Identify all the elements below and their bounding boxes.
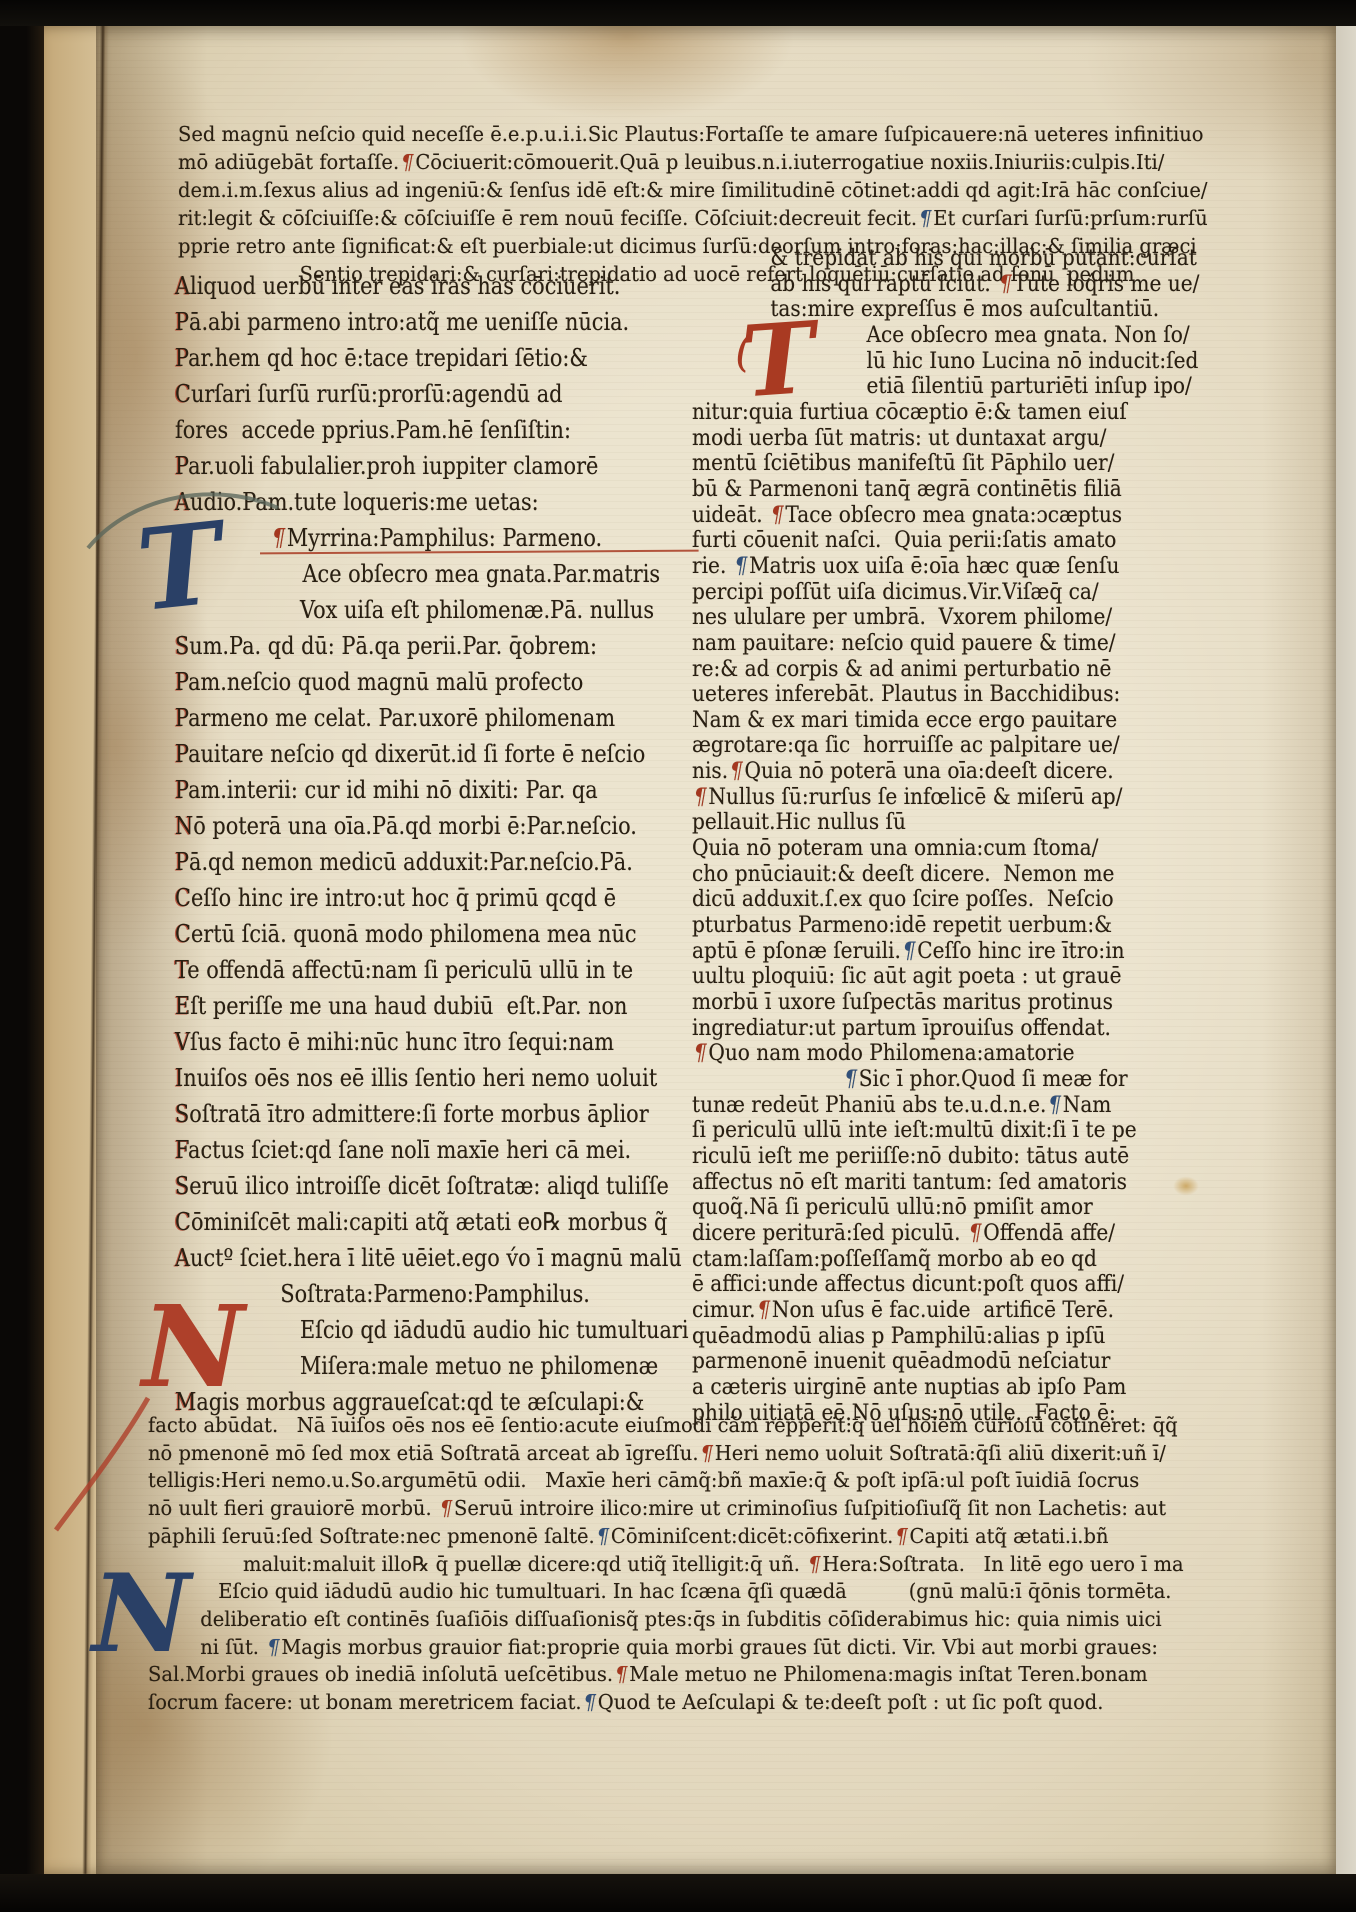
text-line: riculū ieſt me periiſſe:nō dubito: tātus… (692, 1144, 1226, 1170)
pilcrow-mark: ¶ (595, 1524, 611, 1548)
text-line: Certū ſciā. quonā modo philomena mea nūc (175, 916, 695, 952)
rubric-paren-flourish: ( (735, 326, 752, 377)
pilcrow-mark: ¶ (893, 1524, 909, 1548)
rubricated-capital: T (175, 955, 187, 984)
text-line: mentū ſciētibus manifeſtū ſit Pāphilo ue… (692, 451, 1226, 477)
pilcrow-mark: ¶ (438, 1496, 454, 1520)
text-line: nō pmenonē mō ſed mox etiā Soſtratā arce… (148, 1440, 1231, 1468)
text-line: Quia nō poteram una omnia:cum ſtoma/ (692, 836, 1226, 862)
text-line: Nam & ex mari timida ecce ergo pauitare (692, 708, 1226, 734)
pilcrow-mark: ¶ (692, 784, 708, 810)
text-line: Vox uiſa eſt philomenæ.Pā. nullus (175, 592, 695, 628)
text-line: facto abūdat. Nā īuiſos oēs nos eē ſenti… (148, 1412, 1231, 1440)
text-line: Auctº ſciet.hera ī litē uēiet.ego v́o ī … (175, 1240, 695, 1276)
text-line: Sum.Pa. qd dū: Pā.qa perii.Par. q̄obrem: (175, 628, 695, 664)
text-line: dem.i.m.ſexus alius ad ingeniū:& ſenſus … (178, 176, 1252, 204)
rubricated-capital: P (175, 451, 188, 480)
rubricated-capital: I (175, 1063, 183, 1092)
text-line: cho pnūciauit:& deeſt dicere. Nemon me (692, 862, 1226, 888)
text-line: uideāt. ¶Tace obſecro mea gnata:ɔcæptus (692, 503, 1226, 529)
text-line: ē affici:unde affectus dicunt:poſt quos … (692, 1272, 1226, 1298)
text-line: Inuiſos oēs nos eē illis ſentio heri nem… (175, 1060, 695, 1096)
scene-heading-line: Soſtrata:Parmeno:Pamphilus. (175, 1276, 695, 1312)
rubricated-capital: S (175, 1099, 189, 1128)
rubricated-capital: N (175, 811, 193, 840)
pilcrow-mark: ¶ (692, 1040, 708, 1066)
text-line: Aliquod uerbū inter eas iras has cōciuer… (175, 268, 695, 304)
rubricated-capital: A (175, 271, 190, 300)
text-line: Curſari ſurſū rurſū:prorſū:agendū ad (175, 376, 695, 412)
rubricated-capital: C (175, 883, 191, 912)
text-line: quēadmodū alias p Pamphilū:alias p ipſū (692, 1324, 1226, 1350)
text-line: ¶Quo nam modo Philomena:amatorie (692, 1041, 1226, 1067)
text-line: ni ſūt. ¶Magis morbus grauior fiat:propr… (148, 1634, 1231, 1662)
pilcrow-mark: ¶ (917, 206, 933, 230)
text-line: ctam:laſſam:poſſeſſamq̃ morbo ab eo qd (692, 1247, 1226, 1273)
right-commentary-column: & trepidat ab his qui morbū putant:curſa… (692, 246, 1226, 1426)
text-line: Par.hem qd hoc ē:tace trepidari ſētio:& (175, 340, 695, 376)
scan-right-edge (1334, 26, 1356, 1874)
text-line: Pam.neſcio quod magnū malū profecto (175, 664, 695, 700)
pilcrow-mark: ¶ (613, 1662, 629, 1686)
rubricated-capital: V (175, 1027, 190, 1056)
text-line: Seruū ilico introiſſe dicēt ſoſtratæ: al… (175, 1168, 695, 1204)
text-line: rie. ¶Matris uox uiſa ē:oīa hæc quæ ſenſ… (692, 554, 1226, 580)
rubricated-capital: F (175, 1135, 188, 1164)
text-line: Ceſſo hinc ire intro:ut hoc q̄ primū qcq… (175, 880, 695, 916)
binding-black-edge (0, 26, 48, 1874)
text-line: parmenonē inuenit quēadmodū neſciatur (692, 1349, 1226, 1375)
text-line: etiā ſilentiū parturiēti inſup ipo/ (692, 374, 1226, 400)
rubricated-capital: A (175, 1243, 190, 1272)
text-line: lū hic Iuno Lucina nō inducit:ſed (692, 349, 1226, 375)
pilcrow-mark: ¶ (265, 1635, 281, 1659)
text-line: Sed magnū neſcio quid neceſſe ē.e.p.u.i.… (178, 120, 1252, 148)
text-line: nitur:quia furtiua cōcæptio ē:& tamen ei… (692, 400, 1226, 426)
text-line: nam pauitare: neſcio quid pauere & time/ (692, 631, 1226, 657)
text-line: Soſtratā ītro admittere:ſi forte morbus … (175, 1096, 695, 1132)
text-line: Miſera:male metuo ne philomenæ (175, 1348, 695, 1384)
rubricated-capital: P (175, 847, 189, 876)
text-line: Te offendā affectū:nam ſi periculū ullū … (175, 952, 695, 988)
pilcrow-mark: ¶ (967, 1220, 983, 1246)
pilcrow-mark: ¶ (582, 1690, 598, 1714)
text-line: morbū ī uxore ſuſpectās maritus protinus (692, 990, 1226, 1016)
text-line: ¶Sic ī phor.Quod ſi meæ for (692, 1067, 1226, 1093)
text-line: maluit:maluit illo℞ q̄ puellæ dicere:qd … (148, 1551, 1231, 1579)
text-line: tunæ redeūt Phaniū abs te.u.d.n.e.¶Nam (692, 1093, 1226, 1119)
rubricated-capital: P (175, 307, 189, 336)
text-line: affectus nō eſt mariti tantum: ſed amato… (692, 1170, 1226, 1196)
text-line: Pam.interii: cur id mihi nō dixiti: Par.… (175, 772, 695, 808)
rubricated-capital: P (175, 343, 188, 372)
text-line: aptū ē pſonæ ſeruili.¶Ceſſo hinc ire ītr… (692, 939, 1226, 965)
text-line: ingrediatur:ut partum īprouiſus offendat… (692, 1016, 1226, 1042)
scene-heading-line: ¶Myrrina:Pamphilus: Parmeno. (175, 520, 695, 556)
text-line: Sal.Morbi graues ob inediā inſolutā ueſc… (148, 1661, 1231, 1689)
pilcrow-mark: ¶ (270, 523, 287, 552)
text-line: Pā.qd nemon medicū adduxit:Par.neſcio.Pā… (175, 844, 695, 880)
text-line: Ace obſecro mea gnata.Par.matris (175, 556, 695, 592)
text-line: Parmeno me celat. Par.uxorē philomenam (175, 700, 695, 736)
text-line: percipi poſſūt uiſa dicimus.Vir.Viſæq̄ c… (692, 580, 1226, 606)
rubricated-capital: S (175, 1171, 189, 1200)
text-line: Eſcio quid iādudū audio hic tumultuari. … (148, 1578, 1231, 1606)
text-line: ueteres inferebāt. Plautus in Bacchidibu… (692, 682, 1226, 708)
bottom-commentary-block: facto abūdat. Nā īuiſos oēs nos eē ſenti… (148, 1412, 1231, 1717)
text-line: modi uerba ſūt matris: ut duntaxat argu/ (692, 426, 1226, 452)
text-line: pturbatus Parmeno:idē repetit uerbum:& (692, 913, 1226, 939)
pilcrow-mark: ¶ (399, 150, 415, 174)
text-line: Eſt periſſe me una haud dubiū eſt.Par. n… (175, 988, 695, 1024)
rubricated-capital: P (175, 667, 188, 696)
text-line: bū & Parmenoni tanq̄ ægrā continētis fil… (692, 477, 1226, 503)
text-line: Par.uoli fabulalier.proh iuppiter clamor… (175, 448, 695, 484)
rubricated-capital: C (175, 1207, 191, 1236)
text-line: Ace obſecro mea gnata. Non ſo/ (692, 323, 1226, 349)
text-line: a cæteris uirginē ante nuptias ab ipſo P… (692, 1375, 1226, 1401)
rubricated-capital: E (175, 991, 190, 1020)
text-line: cimur.¶Non uſus ē fac.uide artificē Terē… (692, 1298, 1226, 1324)
text-line: Eſcio qd iādudū audio hic tumultuari (175, 1312, 695, 1348)
text-line: nō uult fieri grauiorē morbū. ¶Seruū int… (148, 1495, 1231, 1523)
text-line: pāphili ſeruū:ſed Soſtrate:nec pmenonē ſ… (148, 1523, 1231, 1551)
rubricated-capital: C (175, 919, 191, 948)
text-line: Vſus facto ē mihi:nūc hunc ītro ſequi:na… (175, 1024, 695, 1060)
rubricated-capital: S (175, 631, 189, 660)
pilcrow-mark: ¶ (728, 758, 744, 784)
pilcrow-mark: ¶ (901, 938, 917, 964)
rubricated-capital: P (175, 775, 188, 804)
text-line: Cōminiſcēt mali:capiti atq̃ ætati eo℞ mo… (175, 1204, 695, 1240)
text-line: Nō poterā una oīa.Pā.qd morbi ē:Par.neſc… (175, 808, 695, 844)
rubricated-capital: P (175, 703, 188, 732)
text-line: re:& ad corpis & ad animi perturbatio nē (692, 657, 1226, 683)
text-line: dicere periturā:ſed piculū. ¶Offendā aff… (692, 1221, 1226, 1247)
text-line: mō adiūgebāt fortaſſe.¶Cōciuerit:cōmouer… (178, 148, 1252, 176)
text-line: ſocrum facere: ut bonam meretricem facia… (148, 1689, 1231, 1717)
text-line: ab his qui raptū ſciūt. ¶Tute loq́ris me… (692, 272, 1226, 298)
pilcrow-mark: ¶ (1046, 1092, 1062, 1118)
text-line: fores accede pprius.Pam.hē ſenſiſtin: (175, 412, 695, 448)
left-text-column: Aliquod uerbū inter eas iras has cōciuer… (175, 268, 695, 1420)
scan-bottom-black-edge (0, 1874, 1356, 1912)
text-line: tas:mire expreſſus ē mos auſcultantiū. (692, 297, 1226, 323)
rubricated-capital: P (175, 739, 188, 768)
text-line: quoq̃.Nā ſi periculū ullū:nō pmiſit amor (692, 1195, 1226, 1221)
text-line: ægrotare:qa ſic horruiſſe ac palpitare u… (692, 733, 1226, 759)
text-line: dicū adduxit.ſ.ex quo ſcire poſſes. Neſc… (692, 887, 1226, 913)
text-line: telligis:Heri nemo.u.So.argumētū odii. M… (148, 1467, 1231, 1495)
pilcrow-mark: ¶ (733, 553, 749, 579)
text-line: ſi periculū ullū inte ieſt:multū dixit:ſ… (692, 1118, 1226, 1144)
text-line: Factus ſciet:qd ſane nolī maxīe heri cā … (175, 1132, 695, 1168)
text-line: ¶Nullus ſū:rurſus ſe infœlicē & miſerū a… (692, 785, 1226, 811)
rubricated-capital: C (175, 379, 191, 408)
text-line: Audio.Pam.tute loqueris:me uetas: (175, 484, 695, 520)
text-line: Pā.abi parmeno intro:atq̃ me ueniſſe nūc… (175, 304, 695, 340)
pilcrow-mark: ¶ (699, 1441, 715, 1465)
text-line: deliberatio eſt continēs ſuaſiōis diſſua… (148, 1606, 1231, 1634)
pilcrow-mark: ¶ (756, 1297, 772, 1323)
scan-top-black-edge (0, 0, 1356, 26)
text-line: & trepidat ab his qui morbū putant:curſa… (692, 246, 1226, 272)
text-line: rit:legit & cōſciuiſſe:& cōſciuiſſe ē re… (178, 204, 1252, 232)
pilcrow-mark: ¶ (806, 1552, 822, 1576)
rubricated-capital: A (175, 487, 190, 516)
text-line: pellauit.Hic nullus ſū (692, 810, 1226, 836)
pilcrow-mark: ¶ (842, 1066, 858, 1092)
text-line: uultu ploquiū: ſic aūt agit poeta : ut g… (692, 964, 1226, 990)
text-line: nes ululare per umbrā. Vxorem philome/ (692, 605, 1226, 631)
pilcrow-mark: ¶ (997, 271, 1013, 297)
text-line: nis.¶Quia nō poterā una oīa:deeſt dicere… (692, 759, 1226, 785)
pilcrow-mark: ¶ (769, 502, 785, 528)
text-line: furti cōuenit naſci. Quia perii:ſatis am… (692, 528, 1226, 554)
text-line: Pauitare neſcio qd dixerūt.id ſi forte ē… (175, 736, 695, 772)
